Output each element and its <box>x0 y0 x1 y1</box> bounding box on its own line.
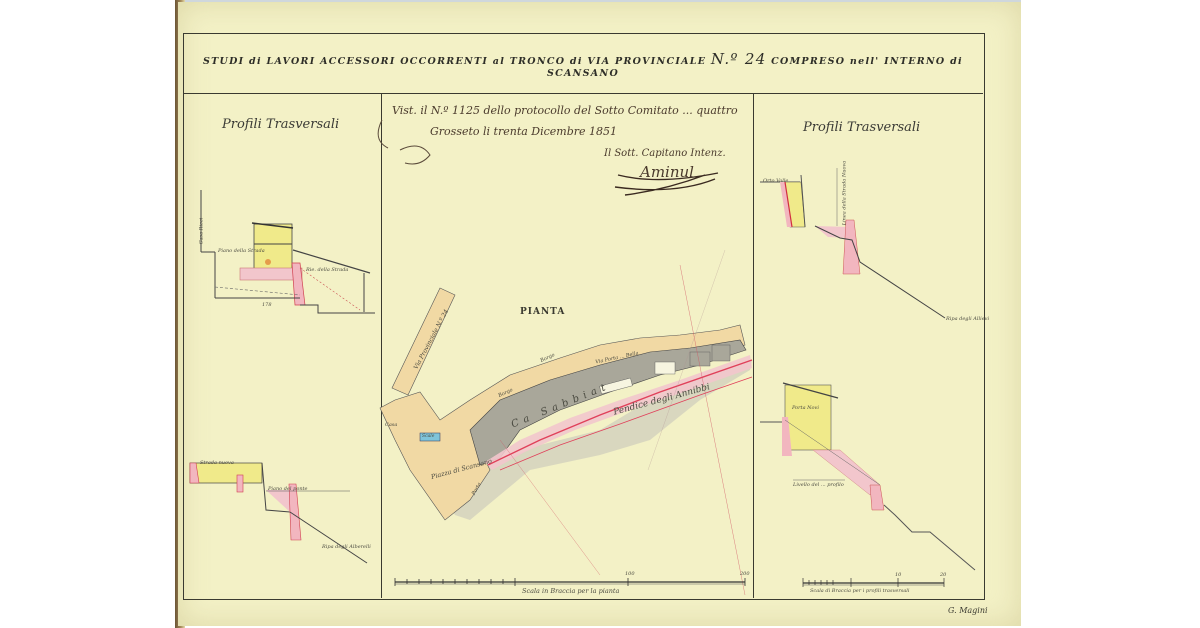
profile-scale-bar <box>803 578 944 587</box>
right-label-orto: Orto Valle <box>763 178 788 184</box>
right-profile-top <box>760 168 945 318</box>
left-label-casa: Casa Ricci <box>198 218 204 245</box>
plan-scale-caption: Scala in Braccia per la pianta <box>522 587 619 595</box>
map-drawing <box>0 0 1200 628</box>
draftsman-signature: G. Magini <box>948 606 988 615</box>
left-label-piano: Piano della Strada <box>218 248 265 254</box>
profile-scale-caption: Scala di Braccia per i profili trasversa… <box>810 588 910 594</box>
plan-scale-bar <box>395 578 745 586</box>
profile-scale-tick-10: 10 <box>895 572 901 578</box>
street-label-scale: Scale <box>422 434 434 439</box>
plan-scale-tick-200: 200 <box>740 571 750 577</box>
left-label-rie: Rie. della Strada <box>306 267 348 273</box>
right-label-linea: Linea della Strada Nuova <box>841 161 847 226</box>
profile-scale-tick-20: 20 <box>940 572 946 578</box>
right-profile-bottom <box>760 383 975 570</box>
right-label-livello: Livello del ... profilo <box>793 482 844 488</box>
left-label-strada-nuova: Strada nuova <box>200 460 234 466</box>
left-label-ripa: Ripa degli Alberelli <box>322 544 371 550</box>
left-label-piano-ponte: Piano del ponte <box>268 486 308 492</box>
left-label-178: 178 <box>262 302 272 308</box>
street-label-casa: Casa <box>385 422 397 428</box>
right-label-ripa: Ripa degli Allievi <box>946 316 989 322</box>
plan-scale-tick-100: 100 <box>625 571 635 577</box>
right-label-porta-novi: Porta Novi <box>792 405 819 411</box>
town-plan <box>380 250 752 595</box>
